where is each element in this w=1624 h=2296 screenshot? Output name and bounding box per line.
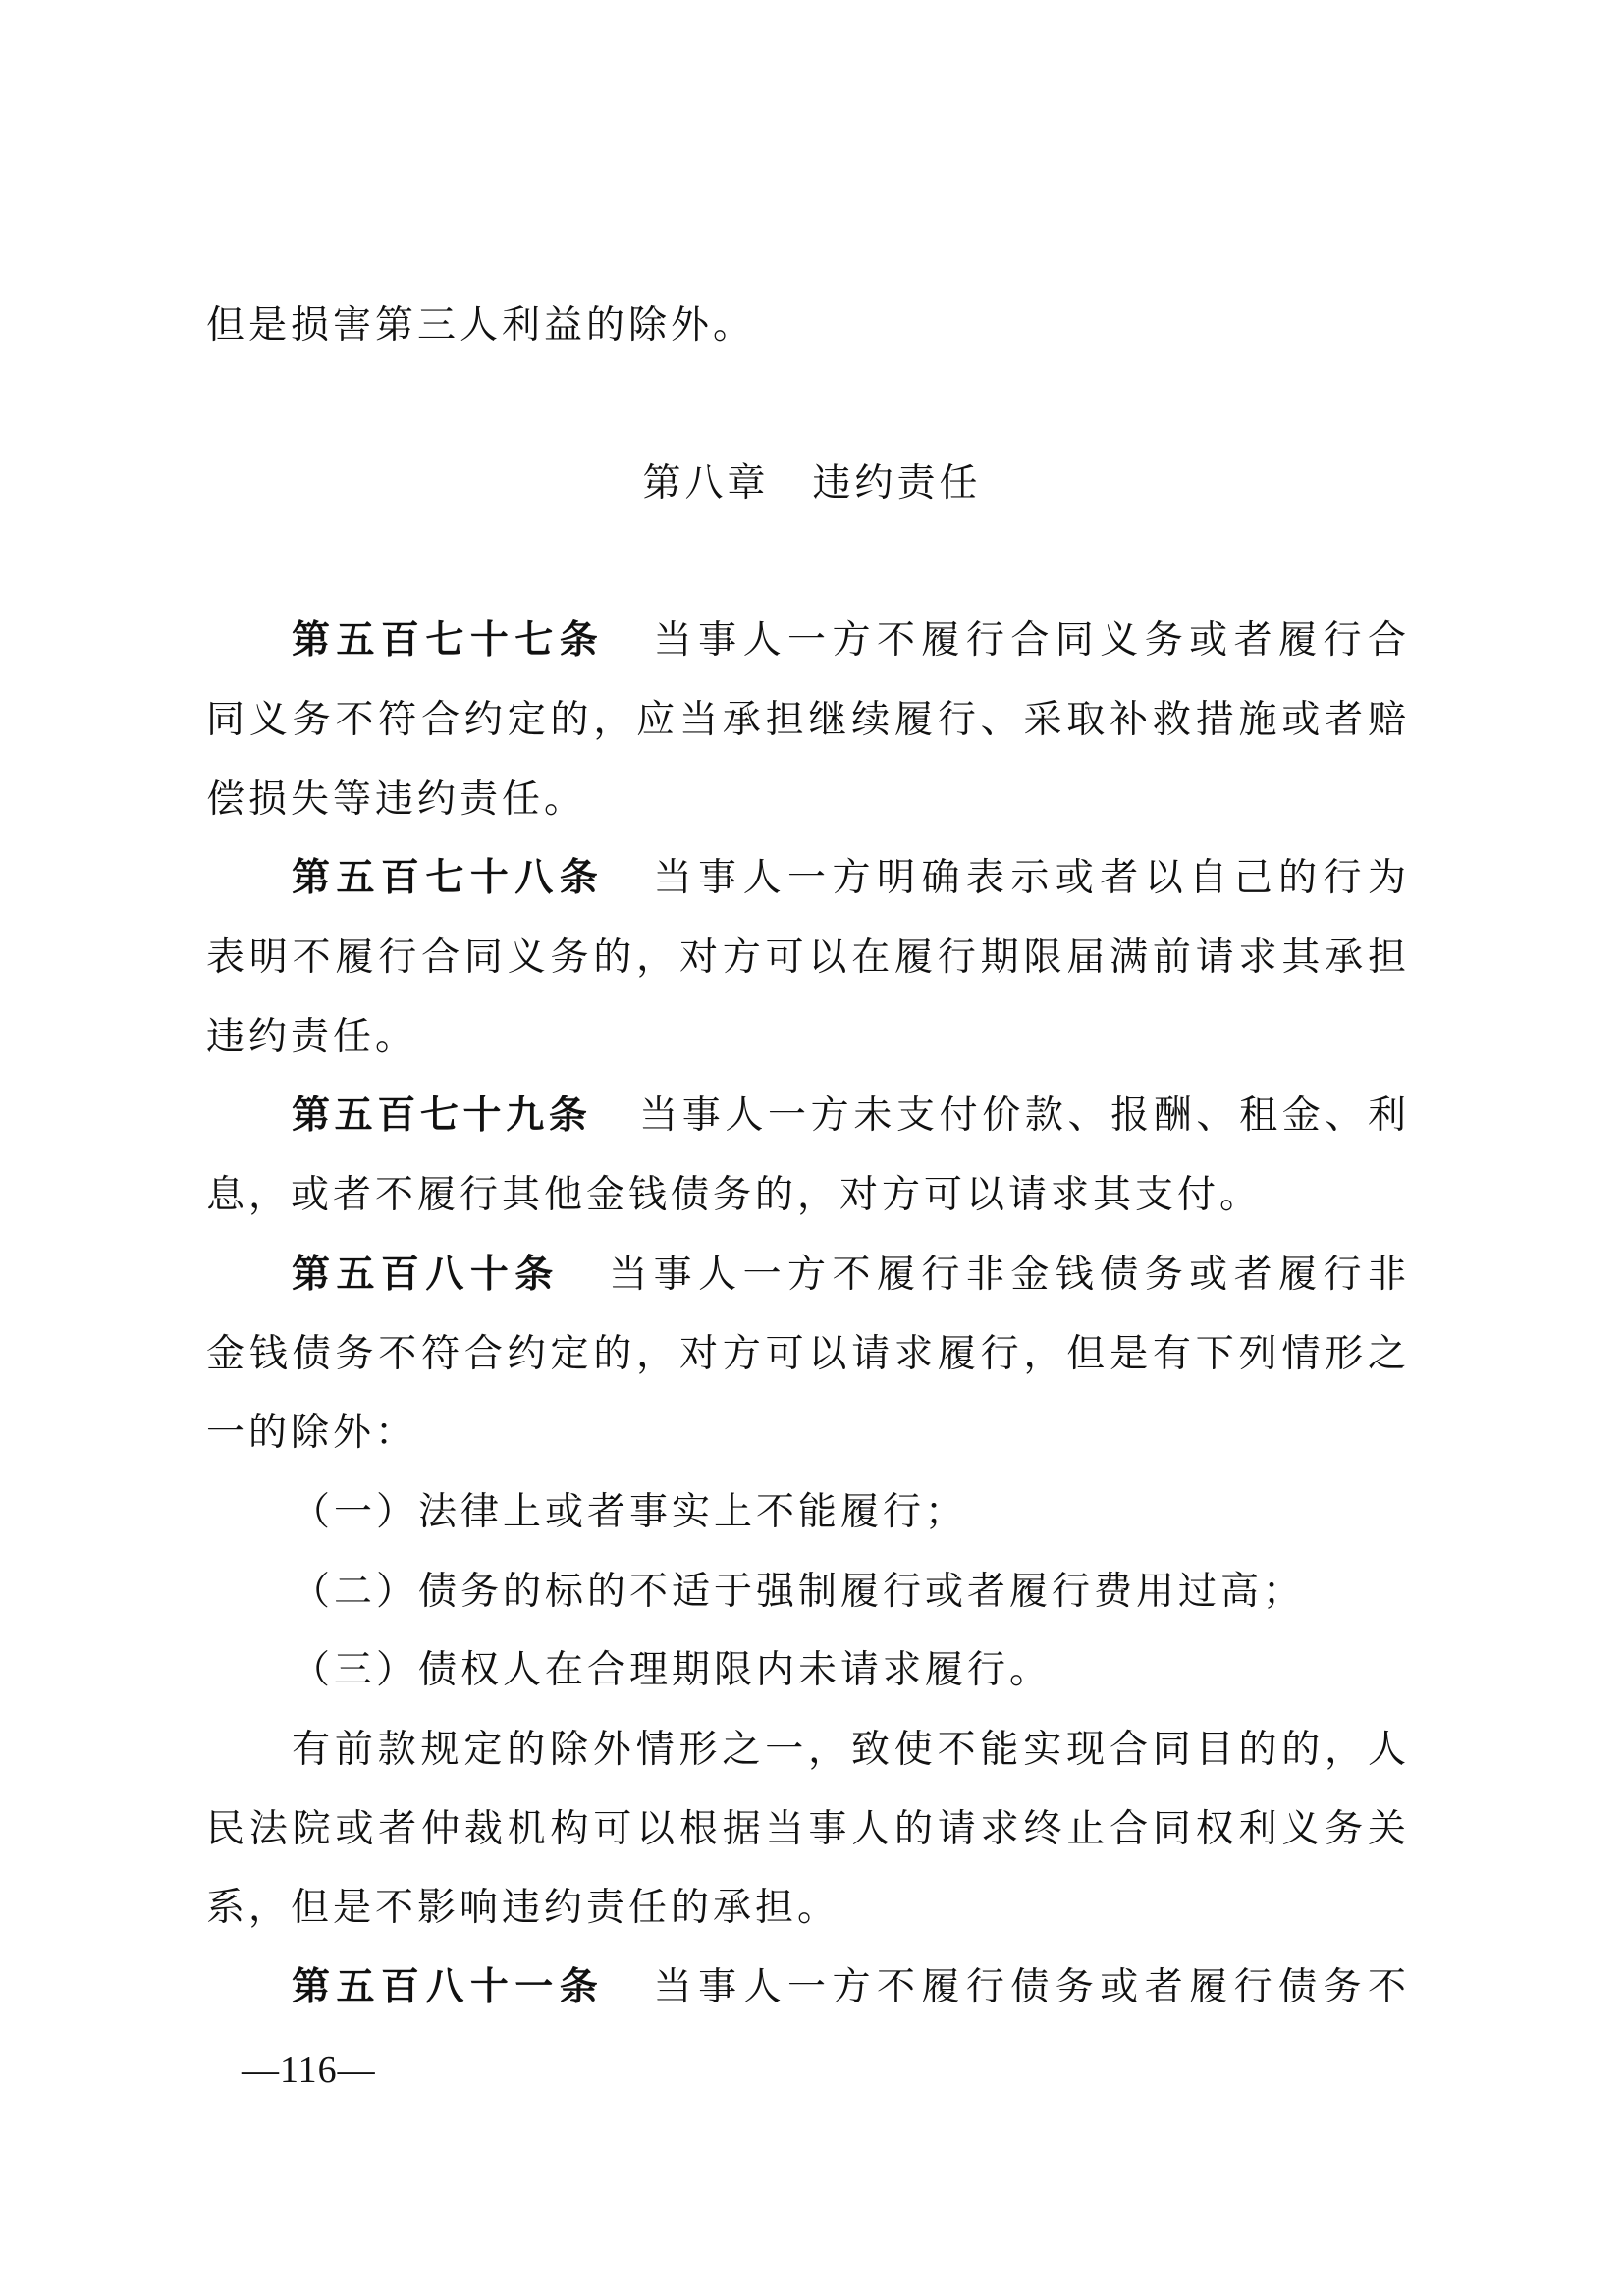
article-text: 当事人一方不履行债务或者履行债务不 [647, 1965, 1406, 2009]
article-580-line-1: 第五百八十条当事人一方不履行非金钱债务或者履行非 [206, 1236, 1406, 1314]
article-579-line-1: 第五百七十九条当事人一方未支付价款、报酬、租金、利 [206, 1077, 1406, 1155]
page-number: —116— [242, 2046, 376, 2095]
article-577-line-2: 同义务不符合约定的，应当承担继续履行、采取补救措施或者赔 [206, 681, 1406, 760]
list-item-3: （三）债权人在合理期限内未请求履行。 [206, 1631, 1406, 1710]
chapter-title: 违约责任 [813, 461, 982, 506]
article-number: 第五百七十七条 [292, 618, 604, 663]
article-578-line-2: 表明不履行合同义务的，对方可以在履行期限届满前请求其承担 [206, 919, 1406, 997]
article-580-line-3: 一的除外： [206, 1394, 1406, 1472]
list-item-2: （二）债务的标的不适于强制履行或者履行费用过高； [206, 1553, 1406, 1631]
article-577-line-1: 第五百七十七条当事人一方不履行合同义务或者履行合 [206, 602, 1406, 680]
article-text: 当事人一方不履行合同义务或者履行合 [647, 618, 1406, 663]
article-578-line-3: 违约责任。 [206, 998, 1406, 1077]
article-text: 当事人一方明确表示或者以自己的行为 [647, 856, 1406, 900]
paragraph-line-3: 系，但是不影响违约责任的承担。 [206, 1869, 1406, 1948]
list-item-1: （一）法律上或者事实上不能履行； [206, 1473, 1406, 1552]
article-text: 当事人一方不履行非金钱债务或者履行非 [603, 1253, 1406, 1297]
chapter-number: 第八章 [642, 461, 769, 506]
article-581-line-1: 第五百八十一条当事人一方不履行债务或者履行债务不 [206, 1949, 1406, 2027]
article-580-line-2: 金钱债务不符合约定的，对方可以请求履行，但是有下列情形之 [206, 1315, 1406, 1394]
paragraph-line-1: 有前款规定的除外情形之一，致使不能实现合同目的的，人 [206, 1711, 1406, 1789]
article-number: 第五百七十八条 [292, 856, 604, 900]
article-577-line-3: 偿损失等违约责任。 [206, 761, 1406, 839]
chapter-heading: 第八章违约责任 [0, 445, 1624, 523]
article-number: 第五百八十条 [292, 1253, 560, 1297]
article-578-line-1: 第五百七十八条当事人一方明确表示或者以自己的行为 [206, 839, 1406, 918]
article-number: 第五百八十一条 [292, 1965, 604, 2009]
continuation-line: 但是损害第三人利益的除外。 [206, 287, 1406, 365]
document-page: 但是损害第三人利益的除外。 第八章违约责任 第五百七十七条当事人一方不履行合同义… [0, 0, 1624, 2296]
article-text: 当事人一方未支付价款、报酬、租金、利 [634, 1094, 1406, 1138]
paragraph-line-2: 民法院或者仲裁机构可以根据当事人的请求终止合同权利义务关 [206, 1790, 1406, 1869]
article-number: 第五百七十九条 [292, 1094, 591, 1138]
article-579-line-2: 息，或者不履行其他金钱债务的，对方可以请求其支付。 [206, 1156, 1406, 1235]
